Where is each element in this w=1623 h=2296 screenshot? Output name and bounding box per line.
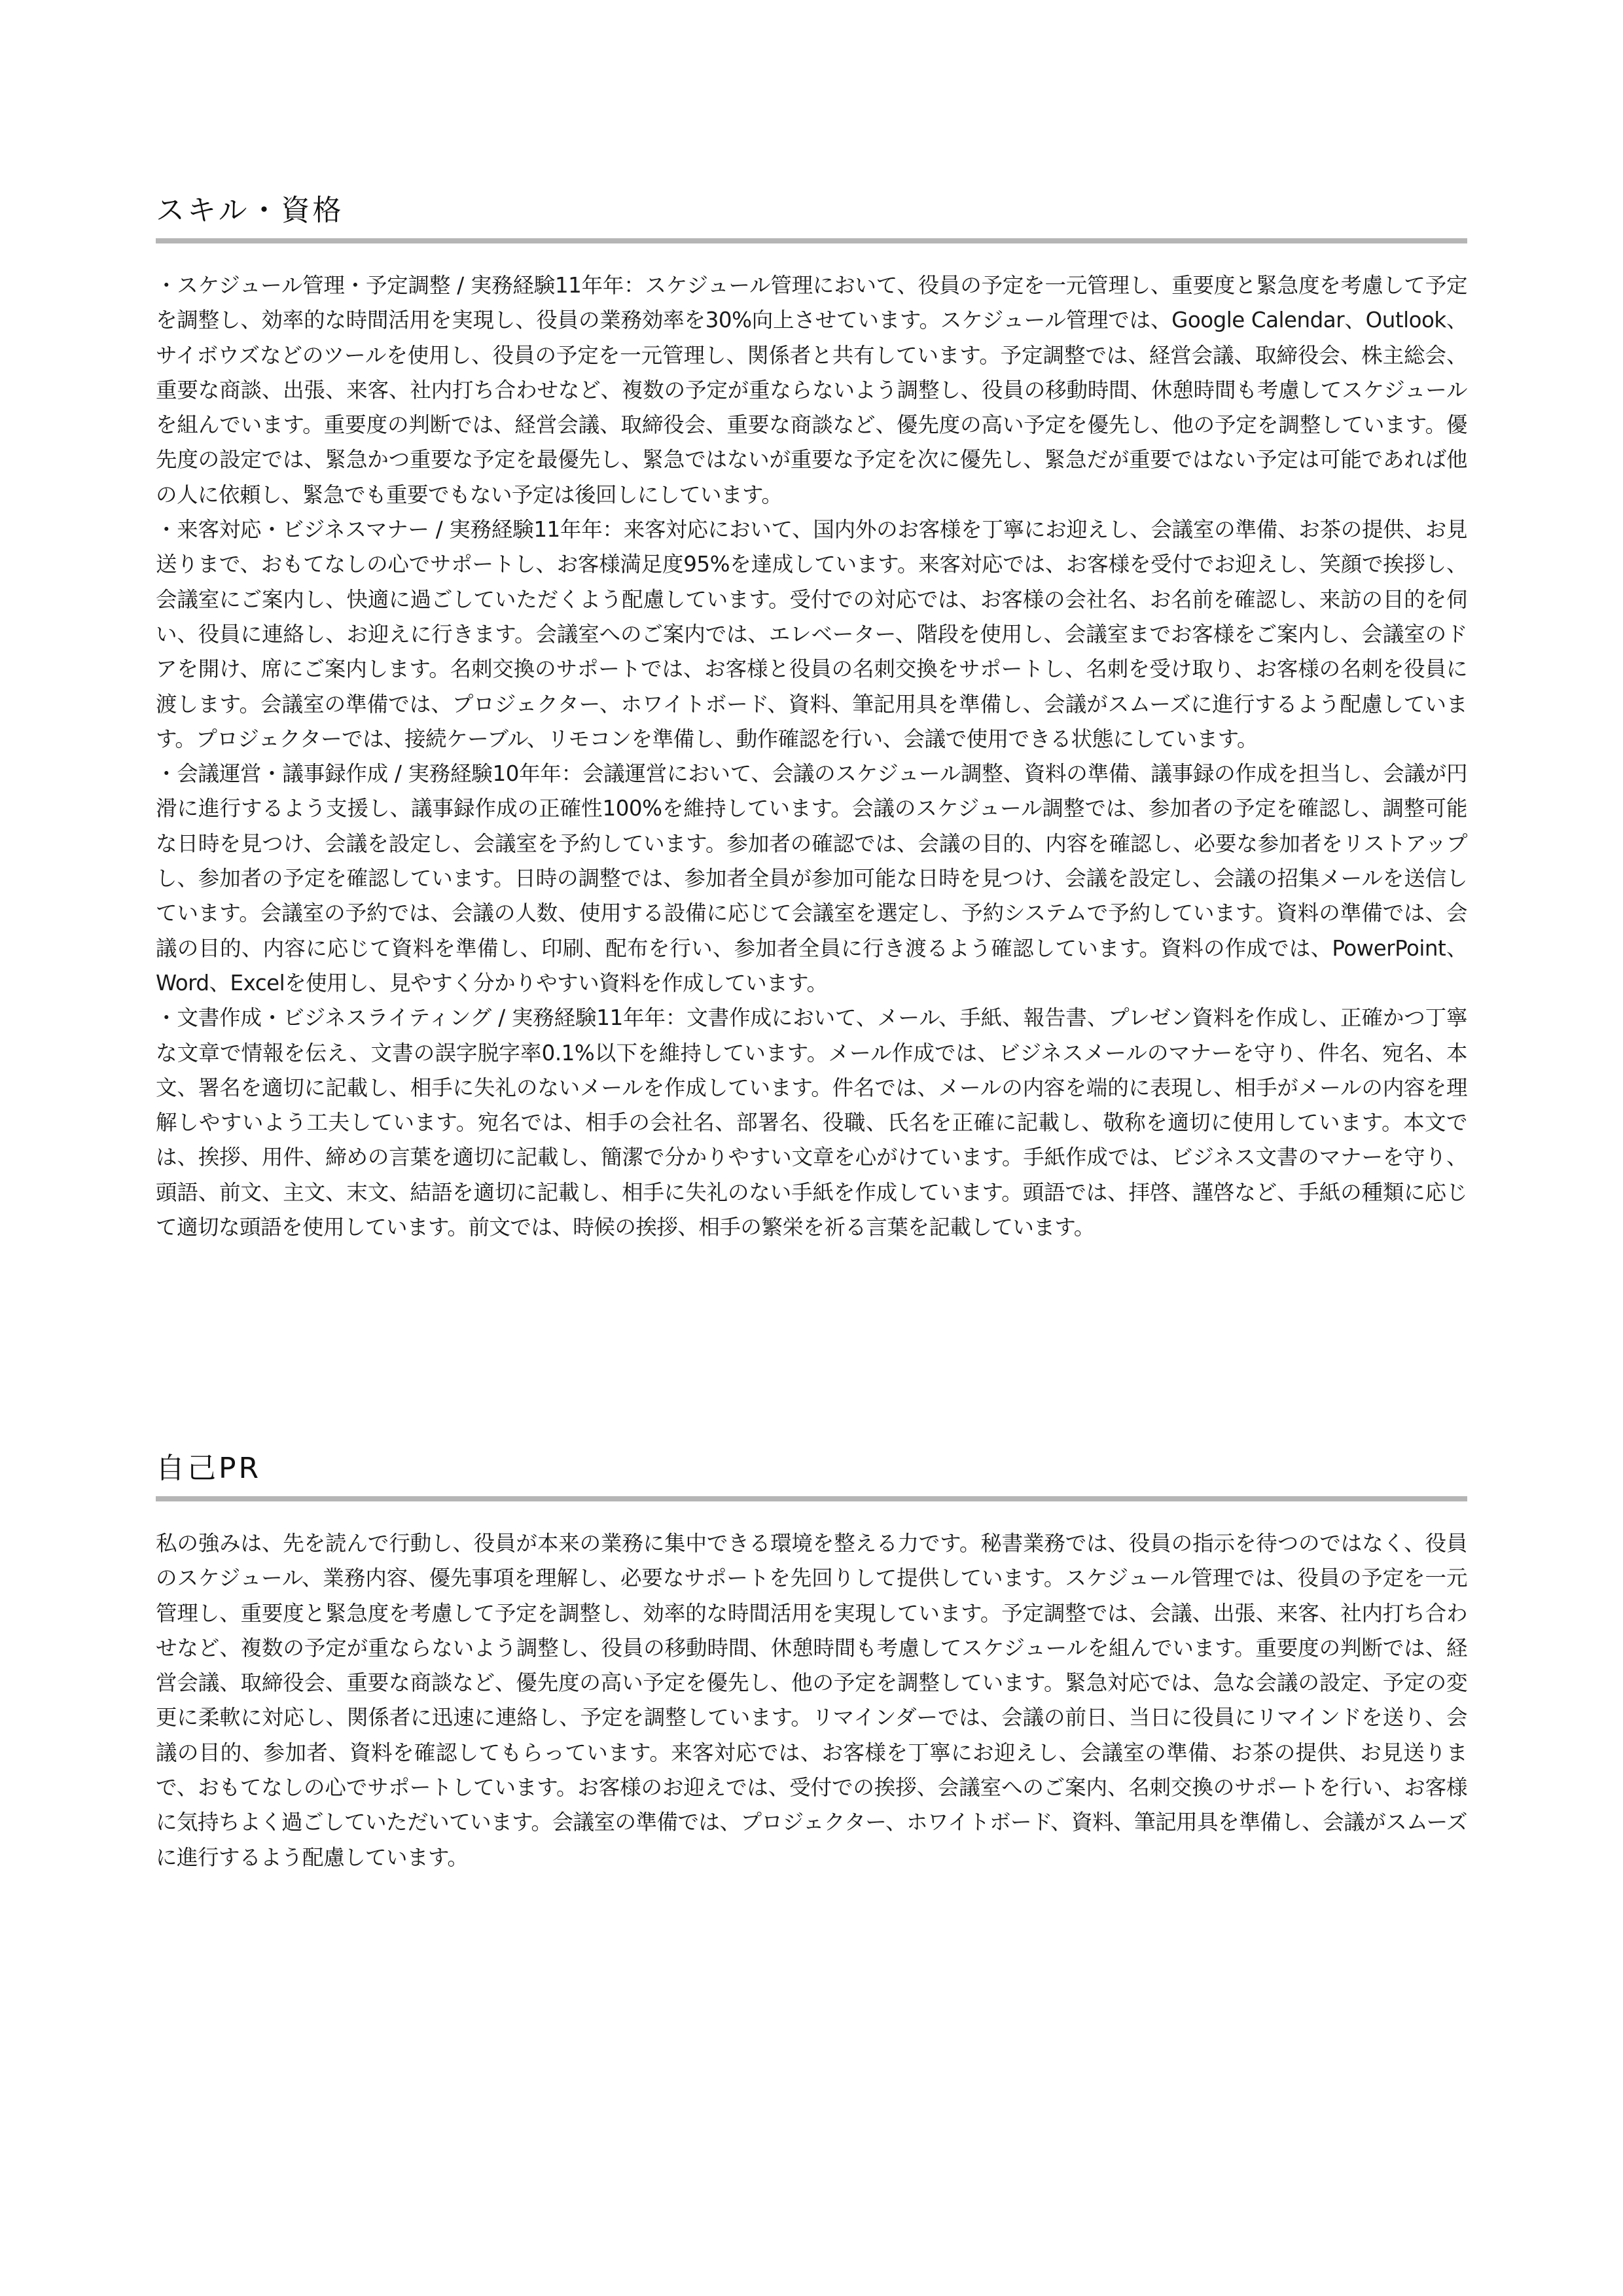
pr-heading: 自己PR (156, 1454, 1467, 1483)
pr-heading-rule (156, 1496, 1467, 1501)
pr-section: 自己PR 私の強みは、先を読んで行動し、役員が本来の業務に集中できる環境を整える… (156, 1454, 1467, 1875)
skill-item-text: ・会議運営・議事録作成 / 実務経験10年年：会議運営において、会議のスケジュー… (156, 757, 1467, 1001)
pr-text: 私の強みは、先を読んで行動し、役員が本来の業務に集中できる環境を整える力です。秘… (156, 1526, 1467, 1875)
skill-item-writing: ・文書作成・ビジネスライティング / 実務経験11年年：文書作成において、メール… (156, 1001, 1467, 1245)
skills-body: ・スケジュール管理・予定調整 / 実務経験11年年：スケジュール管理において、役… (156, 268, 1467, 1245)
skill-item-schedule: ・スケジュール管理・予定調整 / 実務経験11年年：スケジュール管理において、役… (156, 268, 1467, 512)
skill-item-meeting: ・会議運営・議事録作成 / 実務経験10年年：会議運営において、会議のスケジュー… (156, 757, 1467, 1001)
skill-item-reception: ・来客対応・ビジネスマナー / 実務経験11年年：来客対応において、国内外のお客… (156, 512, 1467, 757)
skill-item-text: ・文書作成・ビジネスライティング / 実務経験11年年：文書作成において、メール… (156, 1001, 1467, 1245)
skills-heading: スキル・資格 (156, 196, 1467, 225)
skills-section: スキル・資格 ・スケジュール管理・予定調整 / 実務経験11年年：スケジュール管… (156, 196, 1467, 1245)
pr-body: 私の強みは、先を読んで行動し、役員が本来の業務に集中できる環境を整える力です。秘… (156, 1526, 1467, 1875)
skill-item-text: ・来客対応・ビジネスマナー / 実務経験11年年：来客対応において、国内外のお客… (156, 512, 1467, 757)
skill-item-text: ・スケジュール管理・予定調整 / 実務経験11年年：スケジュール管理において、役… (156, 268, 1467, 512)
skills-heading-rule (156, 238, 1467, 243)
